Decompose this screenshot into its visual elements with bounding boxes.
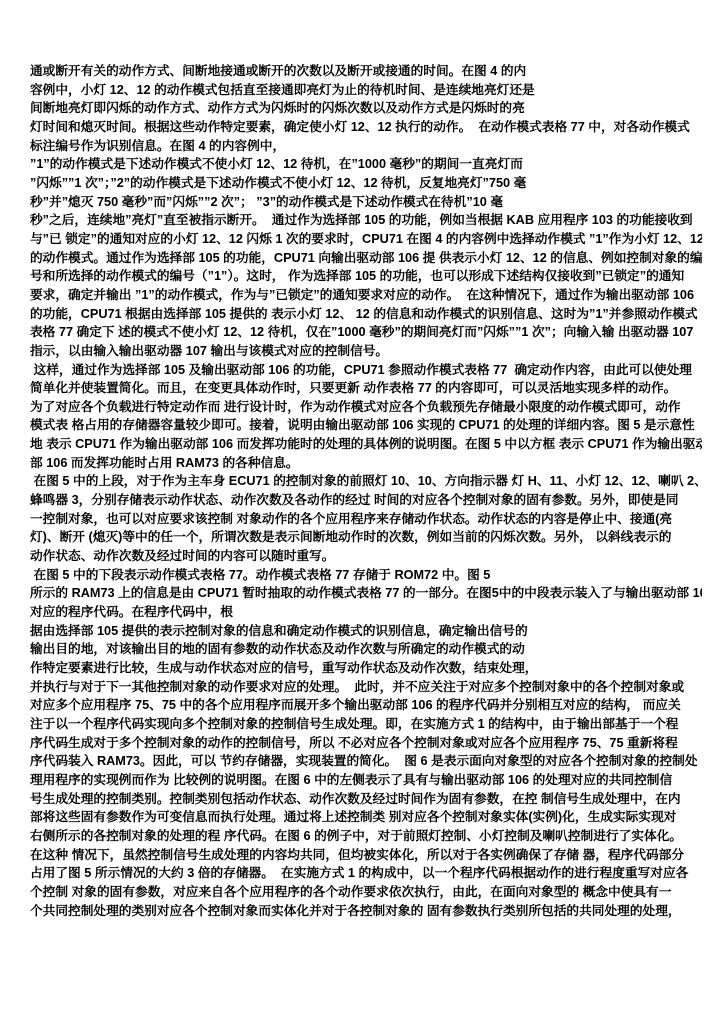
text-line: 秒”并”熄灭 750 毫秒”而”闪烁””2 次”； ”3”的动作模式是下述动作模…	[30, 193, 702, 212]
text-line: 简单化并使装置简化。而且，在变更具体动作时，只要更新 动作表格 77 的内容即可…	[30, 379, 702, 398]
text-line: 要求，确定并输出 ”1”的动作模式，作为与”已锁定”的通知要求对应的动作。 在这…	[30, 286, 702, 305]
text-line: 序代码生成对于多个控制对象的动作的控制信号，所以 不必对应各个控制对象或对应各个…	[30, 734, 702, 753]
text-line: 所示的 RAM73 上的信息是由 CPU71 暂时抽取的动作模式表格 77 的一…	[30, 584, 702, 603]
text-line: 灯时间和熄灭时间。根据这些动作特定要素，确定使小灯 12、12 执行的动作。 在…	[30, 118, 702, 137]
text-line: 右侧所示的各控制对象的处理的程 序代码。在图 6 的例子中，对于前照灯控制、小灯…	[30, 827, 702, 846]
text-line: ”闪烁””1 次”；”2”的动作模式是下述动作模式不使小灯 12、12 待机，反…	[30, 174, 702, 193]
text-line: 注于以一个程序代码实现向多个控制对象的控制信号生成处理。即，在实施方式 1 的结…	[30, 715, 702, 734]
text-line: 对应多个应用程序 75、75 中的各个应用程序而展开多个输出驱动部 106 的程…	[30, 696, 702, 715]
text-block: 通或断开有关的动作方式、间断地接通或断开的次数以及断开或接通的时间。在图 4 的…	[30, 62, 702, 920]
text-line: 个共同控制处理的类别对应各个控制对象而实体化并对于各控制对象的 固有参数执行类别…	[30, 902, 702, 921]
text-line: 号生成处理的控制类别。控制类别包括动作状态、动作次数及经过时间作为固有参数，在控…	[30, 790, 702, 809]
text-line: 的功能，CPU71 根据由选择部 105 提供的 表示小灯 12、 12 的信息…	[30, 305, 702, 324]
text-line: 表格 77 确定下 述的模式不使小灯 12、12 待机，仅在”1000 毫秒”的…	[30, 323, 702, 342]
text-line: 灯)、断开 (熄灭)等中的任一个，所谓次数是表示间断地动作时的次数，例如当前的闪…	[30, 528, 702, 547]
text-line: 这样，通过作为选择部 105 及输出驱动部 106 的功能，CPU71 参照动作…	[30, 361, 702, 380]
text-line: 输出目的地，对该输出目的地的固有参数的动作状态及动作次数与所确定的动作模式的动	[30, 640, 702, 659]
text-line: 的动作模式。通过作为选择部 105 的功能，CPU71 向输出驱动部 106 提…	[30, 249, 702, 268]
text-line: 为了对应各个负载进行特定动作而 进行设计时，作为动作模式对应各个负载预先存储最小…	[30, 398, 702, 417]
text-line: 动作状态、动作次数及经过时间的内容可以随时重写。	[30, 547, 702, 566]
text-line: 容例中，小灯 12、12 的动作模式包括直至接通即亮灯为止的待机时间、是连续地亮…	[30, 81, 702, 100]
text-line: 号和所选择的动作模式的编号（”1”）。这时， 作为选择部 105 的功能，也可以…	[30, 267, 702, 286]
text-line: 个控制 对象的固有参数，对应来自各个应用程序的各个动作要求依次执行，由此，在面向…	[30, 883, 702, 902]
text-line: 模式表 格占用的存储器容量较少即可。接着，说明由输出驱动部 106 实现的 CP…	[30, 416, 702, 435]
text-line: 在图 5 中的上段，对于作为主车身 ECU71 的控制对象的前照灯 10、10、…	[30, 472, 702, 491]
text-line: 与”已 锁定”的通知对应的小灯 12、12 闪烁 1 次的要求时，CPU71 在…	[30, 230, 702, 249]
text-line: 占用了图 5 所示情况的大约 3 倍的存储器。 在实施方式 1 的构成中，以一个…	[30, 864, 702, 883]
text-line: 在这种 情况下，虽然控制信号生成处理的内容均共同，但均被实体化，所以对于各实例确…	[30, 846, 702, 865]
text-line: 秒”之后，连续地”亮灯”直至被指示断开。 通过作为选择部 105 的功能，例如当…	[30, 211, 702, 230]
document-page: 通或断开有关的动作方式、间断地接通或断开的次数以及断开或接通的时间。在图 4 的…	[0, 0, 720, 1018]
text-line: 在图 5 中的下段表示动作模式表格 77。动作模式表格 77 存储于 ROM72…	[30, 566, 702, 585]
text-line: ”1”的动作模式是下述动作模式不使小灯 12、12 待机，在”1000 毫秒”的…	[30, 155, 702, 174]
text-line: 据由选择部 105 提供的表示控制对象的信息和确定动作模式的识别信息，确定输出信…	[30, 622, 702, 641]
text-line: 间断地亮灯即闪烁的动作方式、动作方式为闪烁时的闪烁次数以及动作方式是闪烁时的亮	[30, 99, 702, 118]
text-line: 部将这些固有参数作为可变信息而执行处理。通过将上述控制类 别对应各个控制对象实体…	[30, 808, 702, 827]
text-line: 一控制对象，也可以对应要求该控制 对象动作的各个应用程序来存储动作状态。动作状态…	[30, 510, 702, 529]
text-line: 地 表示 CPU71 作为输出驱动部 106 而发挥功能时的处理的具体例的说明图…	[30, 435, 702, 454]
text-line: 作特定要素进行比较，生成与动作状态对应的信号，重写动作状态及动作次数，结束处理，	[30, 659, 702, 678]
text-line: 序代码装入 RAM73。因此，可以 节约存储器，实现装置的简化。 图 6 是表示…	[30, 752, 702, 771]
text-line: 理用程序的实现例而作为 比较例的说明图。在图 6 中的左侧表示了具有与输出驱动部…	[30, 771, 702, 790]
text-line: 对应的程序代码。在程序代码中，根	[30, 603, 702, 622]
text-line: 标注编号作为识别信息。在图 4 的内容例中，	[30, 137, 702, 156]
text-line: 部 106 而发挥功能时占用 RAM73 的各种信息。	[30, 454, 702, 473]
text-line: 指示，以由输入输出驱动器 107 输出与该模式对应的控制信号。	[30, 342, 702, 361]
text-line: 并执行与对于下一其他控制对象的动作要求对应的处理。 此时，并不应关注于对应多个控…	[30, 678, 702, 697]
text-line: 通或断开有关的动作方式、间断地接通或断开的次数以及断开或接通的时间。在图 4 的…	[30, 62, 702, 81]
text-line: 蜂鸣器 3，分别存储表示动作状态、动作次数及各动作的经过 时间的对应各个控制对象…	[30, 491, 702, 510]
